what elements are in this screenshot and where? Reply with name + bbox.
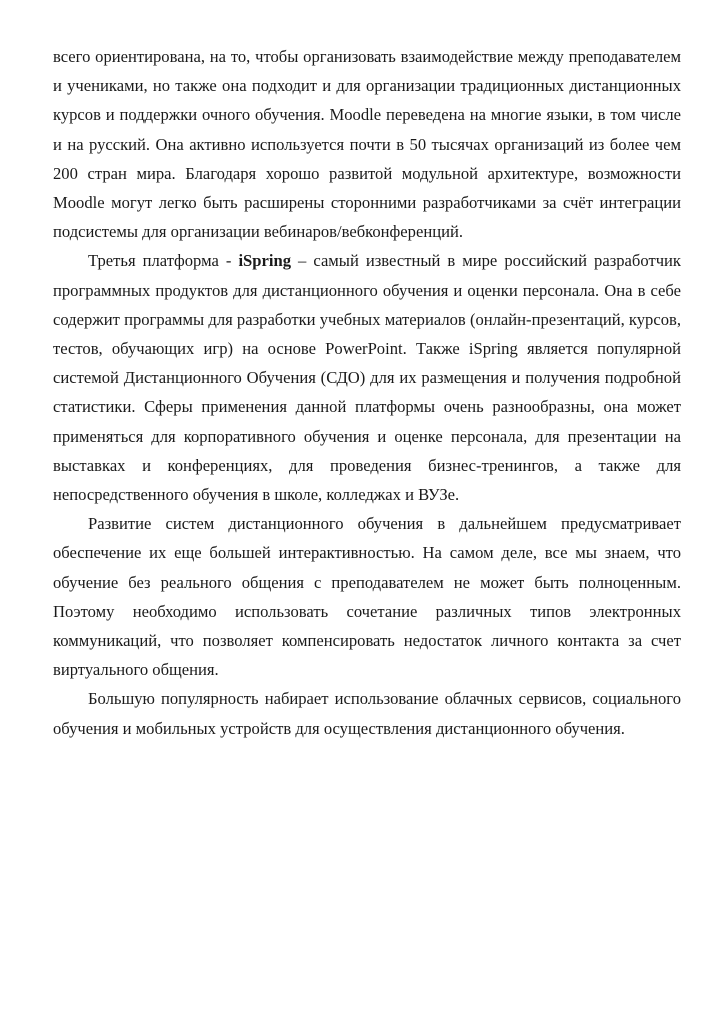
paragraph-cloud-services: Большую популярность набирает использова… [53,684,681,742]
document-page: всего ориентирована, на то, чтобы органи… [53,42,681,743]
paragraph-ispring-prefix: Третья платформа - [88,251,238,270]
ispring-bold-term: iSpring [238,251,291,270]
paragraph-moodle-continuation: всего ориентирована, на то, чтобы органи… [53,42,681,246]
paragraph-ispring: Третья платформа - iSpring – самый извес… [53,246,681,509]
paragraph-ispring-body: – самый известный в мире российский разр… [53,251,681,504]
paragraph-development: Развитие систем дистанционного обучения … [53,509,681,684]
